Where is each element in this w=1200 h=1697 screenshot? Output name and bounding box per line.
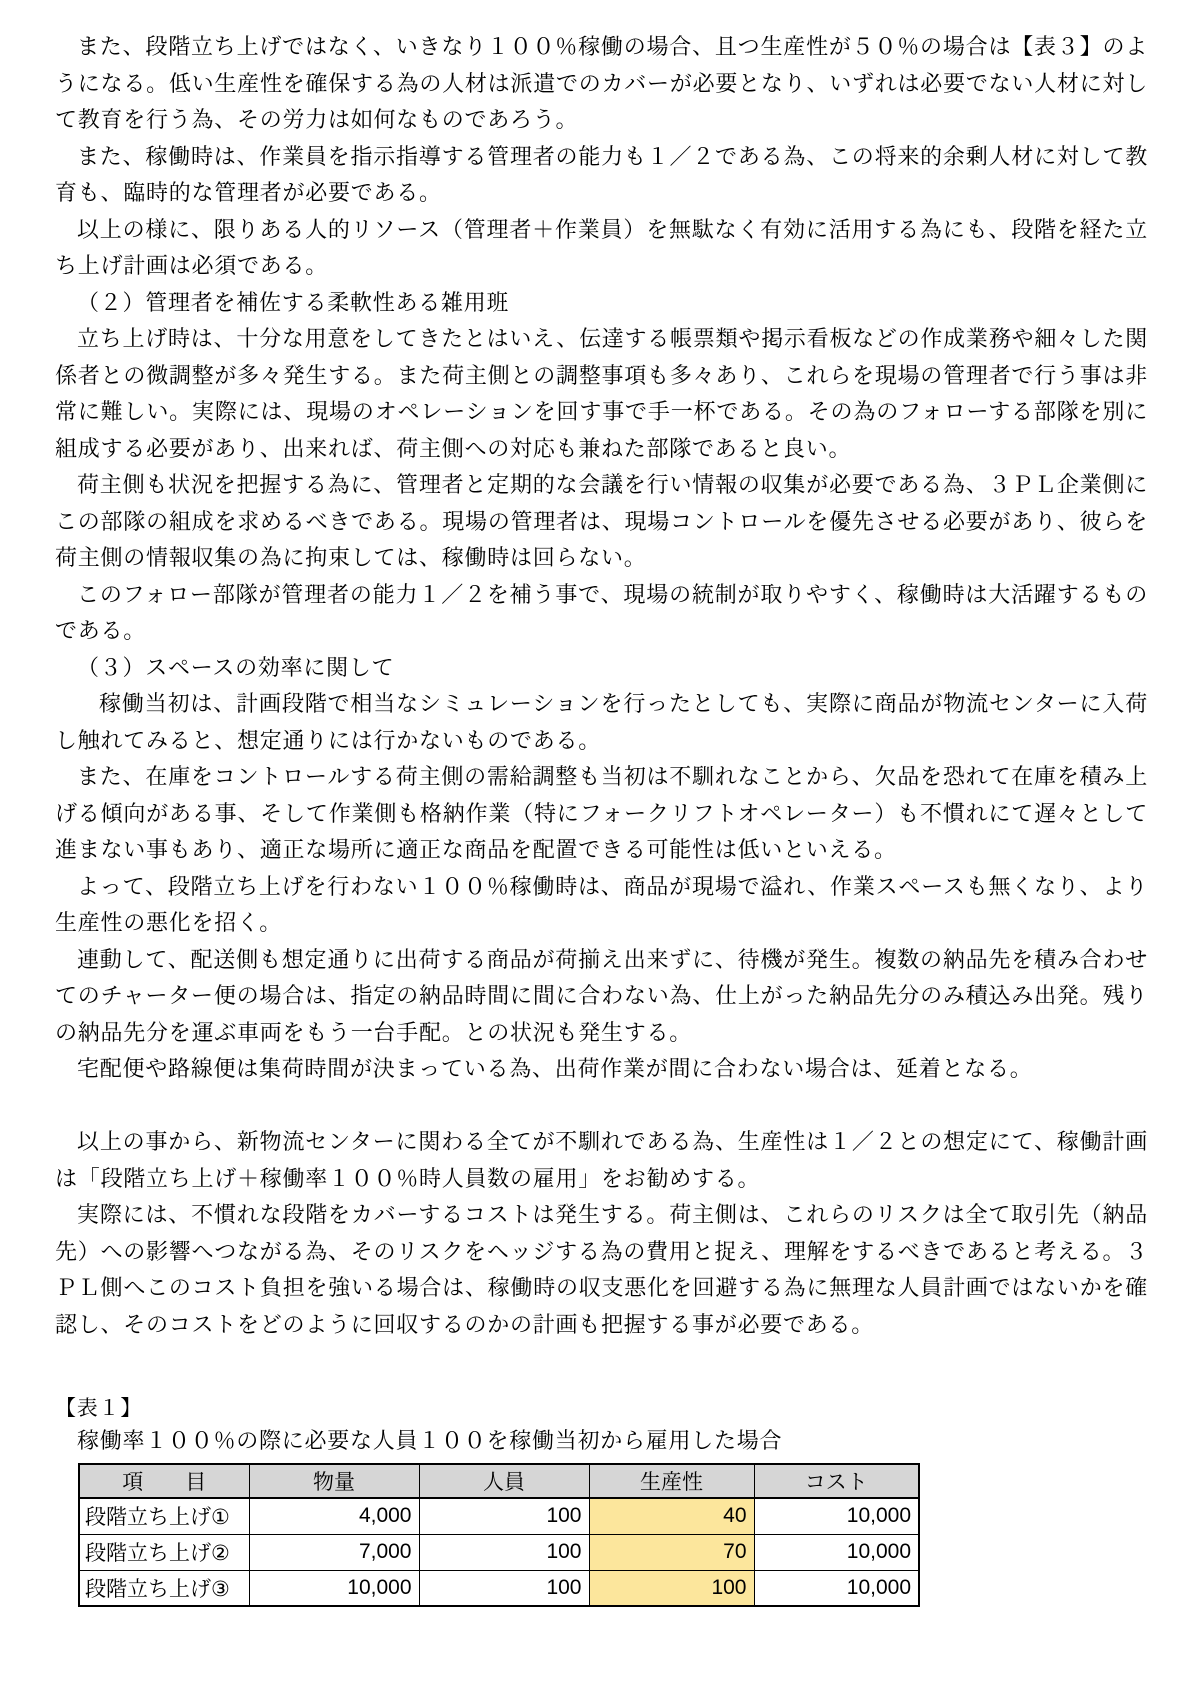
column-header-cost: コスト	[754, 1464, 919, 1498]
paragraph: 宅配便や路線便は集荷時間が決まっている為、出荷作業が間に合わない場合は、延着とな…	[55, 1051, 1148, 1088]
column-header-staff: 人員	[419, 1464, 589, 1498]
cell-item: 段階立ち上げ③	[79, 1570, 249, 1606]
paragraph: このフォロー部隊が管理者の能力１／２を補う事で、現場の統制が取りやすく、稼働時は…	[55, 577, 1148, 650]
paragraph: 荷主側も状況を把握する為に、管理者と定期的な会議を行い情報の収集が必要である為、…	[55, 467, 1148, 577]
paragraph: また、稼働時は、作業員を指示指導する管理者の能力も１／２である為、この将来的余剰…	[55, 139, 1148, 212]
paragraph: 実際には、不慣れな段階をカバーするコストは発生する。荷主側は、これらのリスクは全…	[55, 1197, 1148, 1343]
paragraph: 以上の事から、新物流センターに関わる全てが不馴れである為、生産性は１／２との想定…	[55, 1124, 1148, 1197]
column-header-item: 項 目	[79, 1464, 249, 1498]
cell-item: 段階立ち上げ②	[79, 1534, 249, 1570]
cell-cost: 10,000	[754, 1498, 919, 1534]
paragraph: よって、段階立ち上げを行わない１００％稼働時は、商品が現場で溢れ、作業スペースも…	[55, 869, 1148, 942]
section-heading-2: （２）管理者を補佐する柔軟性ある雑用班	[55, 285, 1148, 322]
table-row: 段階立ち上げ② 7,000 100 70 10,000	[79, 1534, 919, 1570]
table-row: 段階立ち上げ③ 10,000 100 100 10,000	[79, 1570, 919, 1606]
paragraph: 稼働当初は、計画段階で相当なシミュレーションを行ったとしても、実際に商品が物流セ…	[55, 686, 1148, 759]
table-row: 段階立ち上げ① 4,000 100 40 10,000	[79, 1498, 919, 1534]
table1-label: 【表１】	[55, 1391, 1148, 1425]
table1-caption: 稼働率１００％の際に必要な人員１００を稼働当初から雇用した場合	[55, 1425, 1148, 1457]
cell-staff: 100	[419, 1570, 589, 1606]
column-header-productivity: 生産性	[589, 1464, 754, 1498]
table1: 項 目 物量 人員 生産性 コスト 段階立ち上げ① 4,000 100 40 1…	[78, 1463, 920, 1607]
paragraph: 立ち上げ時は、十分な用意をしてきたとはいえ、伝達する帳票類や掲示看板などの作成業…	[55, 321, 1148, 467]
cell-staff: 100	[419, 1498, 589, 1534]
paragraph: 連動して、配送側も想定通りに出荷する商品が荷揃え出来ずに、待機が発生。複数の納品…	[55, 942, 1148, 1052]
cell-volume: 10,000	[249, 1570, 419, 1606]
cell-staff: 100	[419, 1534, 589, 1570]
paragraph: また、段階立ち上げではなく、いきなり１００％稼働の場合、且つ生産性が５０％の場合…	[55, 29, 1148, 139]
column-header-volume: 物量	[249, 1464, 419, 1498]
document-page: また、段階立ち上げではなく、いきなり１００％稼働の場合、且つ生産性が５０％の場合…	[0, 0, 1200, 1697]
section-heading-3: （３）スペースの効率に関して	[55, 650, 1148, 687]
cell-volume: 7,000	[249, 1534, 419, 1570]
paragraph: 以上の様に、限りある人的リソース（管理者＋作業員）を無駄なく有効に活用する為にも…	[55, 212, 1148, 285]
cell-productivity: 40	[589, 1498, 754, 1534]
cell-volume: 4,000	[249, 1498, 419, 1534]
cell-cost: 10,000	[754, 1534, 919, 1570]
cell-cost: 10,000	[754, 1570, 919, 1606]
cell-productivity: 100	[589, 1570, 754, 1606]
paragraph: また、在庫をコントロールする荷主側の需給調整も当初は不馴れなことから、欠品を恐れ…	[55, 759, 1148, 869]
cell-productivity: 70	[589, 1534, 754, 1570]
table1-header-row: 項 目 物量 人員 生産性 コスト	[79, 1464, 919, 1498]
cell-item: 段階立ち上げ①	[79, 1498, 249, 1534]
document-body: また、段階立ち上げではなく、いきなり１００％稼働の場合、且つ生産性が５０％の場合…	[0, 0, 1200, 1607]
